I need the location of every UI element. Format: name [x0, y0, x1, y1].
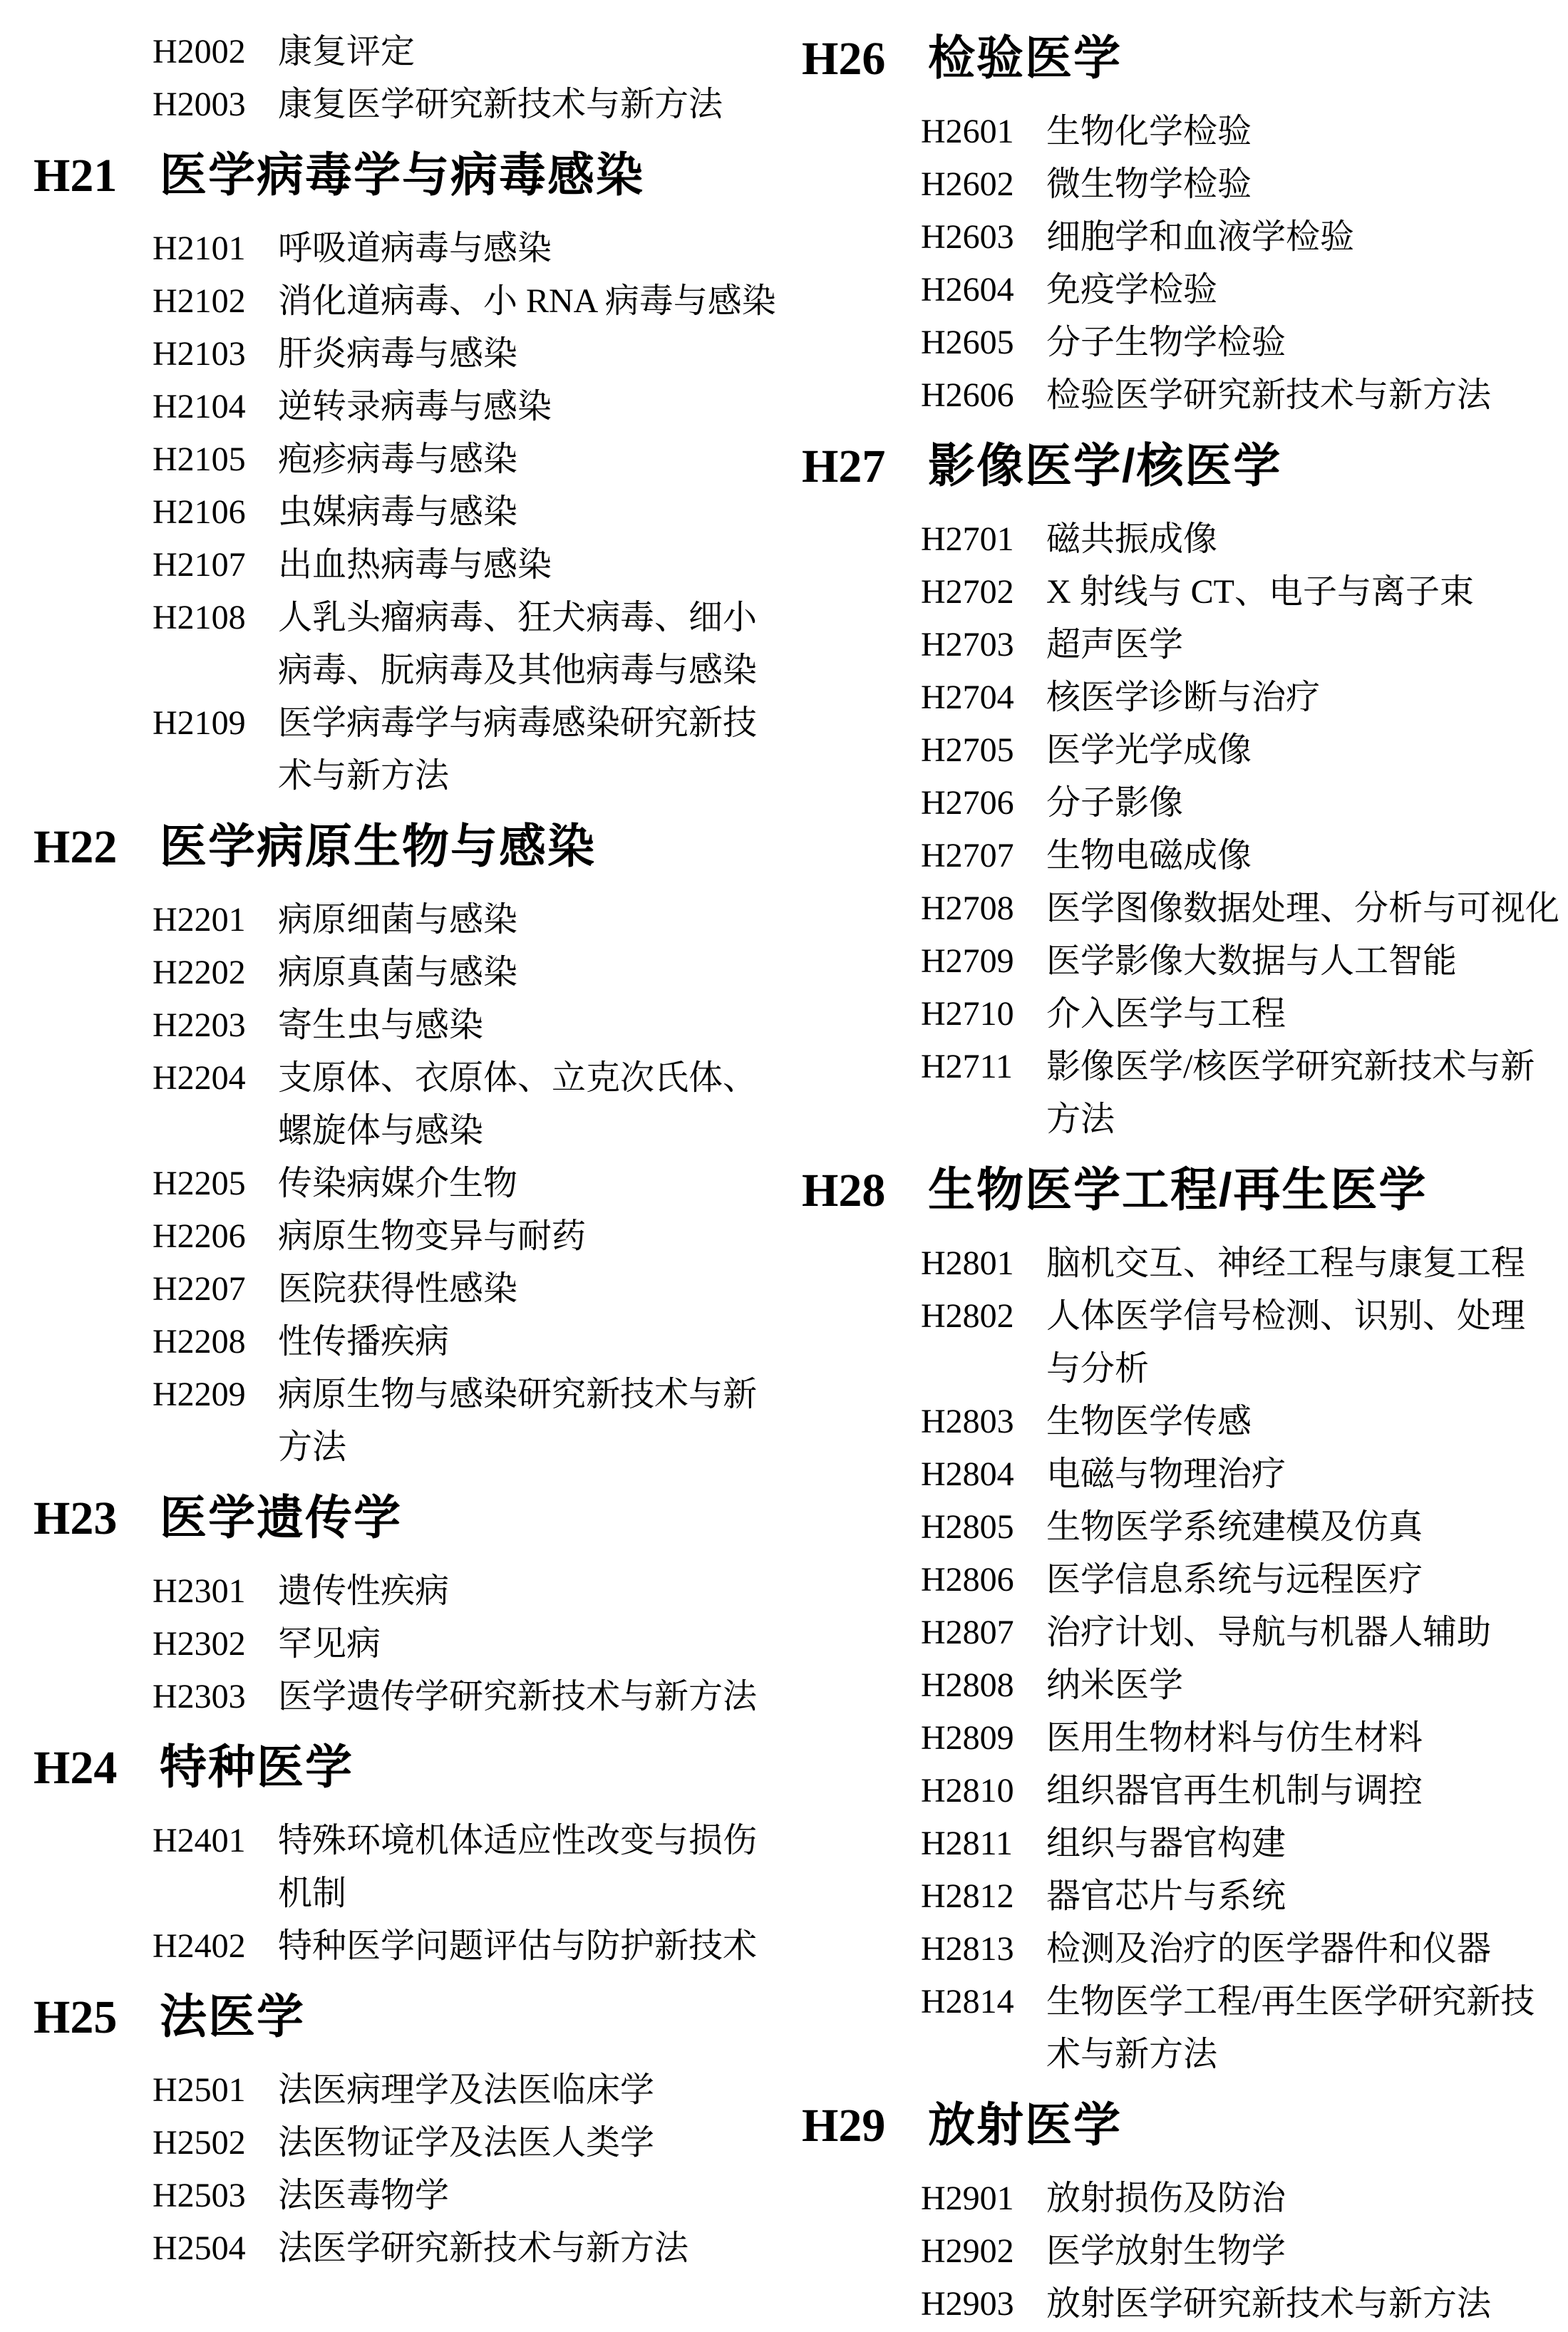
- item-text: 放射医学研究新技术与新方法: [1046, 2278, 1543, 2331]
- item-text: 核医学诊断与治疗: [1046, 671, 1543, 724]
- item-row: H2201病原细菌与感染: [33, 894, 753, 946]
- item-text: 法医学研究新技术与新方法: [278, 2222, 753, 2275]
- item-code: H2303: [153, 1671, 278, 1723]
- item-text: 逆转录病毒与感染: [278, 381, 753, 433]
- item-code: H2605: [921, 316, 1046, 369]
- item-row: H2711影像医学/核医学研究新技术与新方法: [802, 1041, 1543, 1146]
- item-text: 病原真菌与感染: [278, 946, 753, 999]
- item-row: H2902医学放射生物学: [802, 2225, 1543, 2278]
- item-code: H2702: [921, 566, 1046, 619]
- section-header-row: H28生物医学工程/再生医学: [802, 1157, 1543, 1223]
- item-row: H2603细胞学和血液学检验: [802, 211, 1543, 264]
- item-text: 生物医学系统建模及仿真: [1046, 1501, 1543, 1554]
- item-text: 肝炎病毒与感染: [278, 328, 753, 381]
- item-code: H2814: [921, 1976, 1046, 2028]
- item-code: H2711: [921, 1041, 1046, 1093]
- item-text-line: 放射医学研究新技术与新方法: [1046, 2278, 1543, 2331]
- item-text-line: 医学信息系统与远程医疗: [1046, 1554, 1543, 1606]
- item-text-line: 医学影像大数据与人工智能: [1046, 935, 1543, 988]
- item-row: H2109医学病毒学与病毒感染研究新技术与新方法: [33, 697, 753, 803]
- item-row: H2102消化道病毒、小 RNA 病毒与感染: [33, 275, 753, 328]
- item-code: H2502: [153, 2117, 278, 2170]
- item-code: H2301: [153, 1565, 278, 1618]
- item-code: H2102: [153, 275, 278, 328]
- item-text-line: 性传播疾病: [278, 1316, 753, 1368]
- item-row: H2813检测及治疗的医学器件和仪器: [802, 1923, 1543, 1976]
- item-text-line: 磁共振成像: [1046, 513, 1543, 566]
- item-text-line: 生物医学系统建模及仿真: [1046, 1501, 1543, 1554]
- item-row: H2704核医学诊断与治疗: [802, 671, 1543, 724]
- item-row: H2209病原生物与感染研究新技术与新方法: [33, 1368, 753, 1474]
- item-text-line: 介入医学与工程: [1046, 988, 1543, 1041]
- item-text-line: 医学病毒学与病毒感染研究新技: [278, 697, 757, 750]
- item-code: H2901: [921, 2172, 1046, 2225]
- section-code: H27: [802, 435, 928, 499]
- item-row: H2108人乳头瘤病毒、狂犬病毒、细小病毒、朊病毒及其他病毒与感染: [33, 592, 753, 697]
- item-row: H2501法医病理学及法医临床学: [33, 2064, 753, 2117]
- item-row: H2206病原生物变异与耐药: [33, 1210, 753, 1263]
- item-text-line: 机制: [278, 1867, 757, 1920]
- item-row: H2204支原体、衣原体、立克次氏体、螺旋体与感染: [33, 1052, 753, 1157]
- section-code: H22: [33, 815, 160, 879]
- item-row: H2105疱疹病毒与感染: [33, 433, 753, 486]
- item-code: H2709: [921, 935, 1046, 988]
- item-code: H2207: [153, 1263, 278, 1316]
- item-text: X 射线与 CT、电子与离子束: [1046, 566, 1543, 619]
- item-text: 医学影像大数据与人工智能: [1046, 935, 1543, 988]
- item-code: H2803: [921, 1395, 1046, 1448]
- item-text-line: 方法: [1046, 1093, 1543, 1146]
- item-row: H2401特殊环境机体适应性改变与损伤机制: [33, 1815, 753, 1920]
- item-code: H2710: [921, 988, 1046, 1041]
- item-text: 影像医学/核医学研究新技术与新方法: [1046, 1041, 1543, 1146]
- item-row: H2812器官芯片与系统: [802, 1870, 1543, 1923]
- item-text-line: 电磁与物理治疗: [1046, 1448, 1543, 1501]
- item-text: 医学图像数据处理、分析与可视化: [1046, 882, 1559, 935]
- item-text-line: 法医病理学及法医临床学: [278, 2064, 753, 2117]
- section-header-row: H26检验医学: [802, 26, 1543, 91]
- item-row: H2104逆转录病毒与感染: [33, 381, 753, 433]
- item-row: H2003康复医学研究新技术与新方法: [33, 78, 753, 131]
- item-text: 遗传性疾病: [278, 1565, 753, 1618]
- item-code: H2201: [153, 894, 278, 946]
- item-text-line: 脑机交互、神经工程与康复工程: [1046, 1237, 1543, 1290]
- item-row: H2901放射损伤及防治: [802, 2172, 1543, 2225]
- item-text-line: 螺旋体与感染: [278, 1105, 757, 1157]
- item-text-line: 与分析: [1046, 1343, 1543, 1395]
- item-text: 特殊环境机体适应性改变与损伤机制: [278, 1815, 757, 1920]
- item-code: H2206: [153, 1210, 278, 1263]
- item-text-line: 方法: [278, 1421, 757, 1474]
- item-text-line: 遗传性疾病: [278, 1565, 753, 1618]
- item-text: 传染病媒介生物: [278, 1157, 753, 1210]
- item-row: H2203寄生虫与感染: [33, 999, 753, 1052]
- item-text: 罕见病: [278, 1618, 753, 1671]
- item-text-line: 分子影像: [1046, 777, 1543, 830]
- section-header-row: H22医学病原生物与感染: [33, 814, 753, 879]
- item-text: 微生物学检验: [1046, 158, 1543, 211]
- section-code: H25: [33, 1986, 160, 2050]
- item-row: H2807治疗计划、导航与机器人辅助: [802, 1606, 1543, 1659]
- item-code: H2402: [153, 1920, 278, 1973]
- item-code: H2204: [153, 1052, 278, 1105]
- item-code: H2109: [153, 697, 278, 750]
- item-text-line: 医学图像数据处理、分析与可视化: [1046, 882, 1559, 935]
- item-code: H2813: [921, 1923, 1046, 1976]
- item-text-line: 人乳头瘤病毒、狂犬病毒、细小: [278, 592, 757, 644]
- item-row: H2805生物医学系统建模及仿真: [802, 1501, 1543, 1554]
- item-row: H2814生物医学工程/再生医学研究新技术与新方法: [802, 1976, 1543, 2081]
- item-text-line: 术与新方法: [278, 750, 757, 803]
- item-text: 组织器官再生机制与调控: [1046, 1765, 1543, 1817]
- item-text: 虫媒病毒与感染: [278, 486, 753, 539]
- item-text-line: 医院获得性感染: [278, 1263, 753, 1316]
- item-text: 医用生物材料与仿生材料: [1046, 1712, 1543, 1765]
- item-row: H2809医用生物材料与仿生材料: [802, 1712, 1543, 1765]
- item-code: H2810: [921, 1765, 1046, 1817]
- section-title: 特种医学: [160, 1735, 354, 1799]
- item-text: 病原细菌与感染: [278, 894, 753, 946]
- item-text: 组织与器官构建: [1046, 1817, 1543, 1870]
- section-header-row: H29放射医学: [802, 2093, 1543, 2158]
- item-text: 法医病理学及法医临床学: [278, 2064, 753, 2117]
- item-row: H2503法医毒物学: [33, 2170, 753, 2222]
- item-text-line: 生物医学传感: [1046, 1395, 1543, 1448]
- item-text: 纳米医学: [1046, 1659, 1543, 1712]
- item-code: H2104: [153, 381, 278, 433]
- item-code: H2205: [153, 1157, 278, 1210]
- item-row: H2802人体医学信号检测、识别、处理与分析: [802, 1290, 1543, 1395]
- item-row: H2002康复评定: [33, 26, 753, 78]
- item-text: 治疗计划、导航与机器人辅助: [1046, 1606, 1543, 1659]
- item-text: 检验医学研究新技术与新方法: [1046, 369, 1543, 422]
- section-code: H29: [802, 2094, 928, 2158]
- item-row: H2803生物医学传感: [802, 1395, 1543, 1448]
- item-text: 疱疹病毒与感染: [278, 433, 753, 486]
- item-text-line: 核医学诊断与治疗: [1046, 671, 1543, 724]
- item-text-line: 生物医学工程/再生医学研究新技: [1046, 1976, 1543, 2028]
- item-code: H2504: [153, 2222, 278, 2275]
- section-title: 影像医学/核医学: [928, 433, 1281, 497]
- item-row: H2601生物化学检验: [802, 105, 1543, 158]
- item-code: H2604: [921, 264, 1046, 316]
- item-row: H2709医学影像大数据与人工智能: [802, 935, 1543, 988]
- item-code: H2705: [921, 724, 1046, 777]
- item-text-line: 病原真菌与感染: [278, 946, 753, 999]
- item-code: H2903: [921, 2278, 1046, 2331]
- item-text-line: 免疫学检验: [1046, 264, 1543, 316]
- item-text: 生物化学检验: [1046, 105, 1543, 158]
- item-text: 医学遗传学研究新技术与新方法: [278, 1671, 757, 1723]
- item-code: H2707: [921, 830, 1046, 882]
- item-text: 人乳头瘤病毒、狂犬病毒、细小病毒、朊病毒及其他病毒与感染: [278, 592, 757, 697]
- item-code: H2302: [153, 1618, 278, 1671]
- item-code: H2706: [921, 777, 1046, 830]
- item-row: H2710介入医学与工程: [802, 988, 1543, 1041]
- item-text: 医学病毒学与病毒感染研究新技术与新方法: [278, 697, 757, 803]
- column-right: H26检验医学H2601生物化学检验H2602微生物学检验H2603细胞学和血液…: [802, 26, 1543, 2331]
- item-text-line: 出血热病毒与感染: [278, 539, 753, 592]
- section-header-row: H23医学遗传学: [33, 1485, 753, 1551]
- item-text-line: 病毒、朊病毒及其他病毒与感染: [278, 644, 757, 697]
- item-text: 出血热病毒与感染: [278, 539, 753, 592]
- item-code: H2107: [153, 539, 278, 592]
- item-text: 呼吸道病毒与感染: [278, 222, 753, 275]
- item-row: H2702X 射线与 CT、电子与离子束: [802, 566, 1543, 619]
- item-row: H2810组织器官再生机制与调控: [802, 1765, 1543, 1817]
- item-text: 电磁与物理治疗: [1046, 1448, 1543, 1501]
- item-code: H2002: [153, 26, 278, 78]
- item-row: H2205传染病媒介生物: [33, 1157, 753, 1210]
- item-text-line: 纳米医学: [1046, 1659, 1543, 1712]
- item-code: H2003: [153, 78, 278, 131]
- item-code: H2108: [153, 592, 278, 644]
- section-title: 医学遗传学: [160, 1485, 402, 1549]
- item-text-line: 肝炎病毒与感染: [278, 328, 753, 381]
- item-text-line: 微生物学检验: [1046, 158, 1543, 211]
- item-text-line: 细胞学和血液学检验: [1046, 211, 1543, 264]
- item-code: H2811: [921, 1817, 1046, 1870]
- item-text: 支原体、衣原体、立克次氏体、螺旋体与感染: [278, 1052, 757, 1157]
- document-page: H2002康复评定H2003康复医学研究新技术与新方法H21医学病毒学与病毒感染…: [0, 0, 1568, 2332]
- item-text-line: 疱疹病毒与感染: [278, 433, 753, 486]
- item-text-line: 生物化学检验: [1046, 105, 1543, 158]
- item-row: H2701磁共振成像: [802, 513, 1543, 566]
- item-row: H2705医学光学成像: [802, 724, 1543, 777]
- item-text-line: X 射线与 CT、电子与离子束: [1046, 566, 1543, 619]
- section-code: H28: [802, 1159, 928, 1223]
- item-row: H2504法医学研究新技术与新方法: [33, 2222, 753, 2275]
- item-text-line: 放射损伤及防治: [1046, 2172, 1543, 2225]
- section-code: H21: [33, 144, 160, 208]
- section-title: 生物医学工程/再生医学: [928, 1157, 1427, 1222]
- item-row: H2806医学信息系统与远程医疗: [802, 1554, 1543, 1606]
- item-code: H2101: [153, 222, 278, 275]
- item-text: 生物电磁成像: [1046, 830, 1543, 882]
- item-row: H2207医院获得性感染: [33, 1263, 753, 1316]
- item-text: 特种医学问题评估与防护新技术: [278, 1920, 757, 1973]
- item-text-line: 医学放射生物学: [1046, 2225, 1543, 2278]
- section-title: 医学病毒学与病毒感染: [160, 143, 644, 207]
- item-row: H2602微生物学检验: [802, 158, 1543, 211]
- item-text: 医学光学成像: [1046, 724, 1543, 777]
- item-text: 医院获得性感染: [278, 1263, 753, 1316]
- item-text-line: 影像医学/核医学研究新技术与新: [1046, 1041, 1543, 1093]
- item-row: H2801脑机交互、神经工程与康复工程: [802, 1237, 1543, 1290]
- item-text: 超声医学: [1046, 619, 1543, 671]
- item-text: 分子生物学检验: [1046, 316, 1543, 369]
- section-header-row: H21医学病毒学与病毒感染: [33, 143, 753, 208]
- item-text-line: 医学光学成像: [1046, 724, 1543, 777]
- item-text: 消化道病毒、小 RNA 病毒与感染: [278, 275, 776, 328]
- item-row: H2605分子生物学检验: [802, 316, 1543, 369]
- item-text-line: 呼吸道病毒与感染: [278, 222, 753, 275]
- item-text-line: 法医毒物学: [278, 2170, 753, 2222]
- item-code: H2804: [921, 1448, 1046, 1501]
- item-code: H2105: [153, 433, 278, 486]
- item-text: 检测及治疗的医学器件和仪器: [1046, 1923, 1543, 1976]
- item-text-line: 分子生物学检验: [1046, 316, 1543, 369]
- item-row: H2703超声医学: [802, 619, 1543, 671]
- item-text-line: 消化道病毒、小 RNA 病毒与感染: [278, 275, 776, 328]
- item-text-line: 支原体、衣原体、立克次氏体、: [278, 1052, 757, 1105]
- item-text: 寄生虫与感染: [278, 999, 753, 1052]
- item-code: H2208: [153, 1316, 278, 1368]
- item-code: H2202: [153, 946, 278, 999]
- section-header-row: H25法医学: [33, 1984, 753, 2050]
- item-code: H2503: [153, 2170, 278, 2222]
- item-text-line: 检验医学研究新技术与新方法: [1046, 369, 1543, 422]
- item-row: H2706分子影像: [802, 777, 1543, 830]
- item-text-line: 检测及治疗的医学器件和仪器: [1046, 1923, 1543, 1976]
- item-row: H2808纳米医学: [802, 1659, 1543, 1712]
- item-text-line: 超声医学: [1046, 619, 1543, 671]
- item-text-line: 特殊环境机体适应性改变与损伤: [278, 1815, 757, 1867]
- item-row: H2606检验医学研究新技术与新方法: [802, 369, 1543, 422]
- item-text: 器官芯片与系统: [1046, 1870, 1543, 1923]
- item-text: 生物医学传感: [1046, 1395, 1543, 1448]
- item-text-line: 医用生物材料与仿生材料: [1046, 1712, 1543, 1765]
- item-row: H2101呼吸道病毒与感染: [33, 222, 753, 275]
- item-text-line: 传染病媒介生物: [278, 1157, 753, 1210]
- item-text: 康复医学研究新技术与新方法: [278, 78, 753, 131]
- item-text: 医学信息系统与远程医疗: [1046, 1554, 1543, 1606]
- item-row: H2811组织与器官构建: [802, 1817, 1543, 1870]
- item-text: 康复评定: [278, 26, 753, 78]
- item-code: H2802: [921, 1290, 1046, 1343]
- item-text-line: 康复医学研究新技术与新方法: [278, 78, 753, 131]
- item-code: H2708: [921, 882, 1046, 935]
- item-code: H2701: [921, 513, 1046, 566]
- item-text: 生物医学工程/再生医学研究新技术与新方法: [1046, 1976, 1543, 2081]
- item-text: 脑机交互、神经工程与康复工程: [1046, 1237, 1543, 1290]
- item-code: H2106: [153, 486, 278, 539]
- item-text-line: 病原细菌与感染: [278, 894, 753, 946]
- item-row: H2402特种医学问题评估与防护新技术: [33, 1920, 753, 1973]
- section-code: H24: [33, 1736, 160, 1800]
- item-row: H2303医学遗传学研究新技术与新方法: [33, 1671, 753, 1723]
- item-row: H2604免疫学检验: [802, 264, 1543, 316]
- item-text-line: 寄生虫与感染: [278, 999, 753, 1052]
- item-code: H2501: [153, 2064, 278, 2117]
- item-text-line: 术与新方法: [1046, 2028, 1543, 2081]
- item-text: 免疫学检验: [1046, 264, 1543, 316]
- item-text: 法医毒物学: [278, 2170, 753, 2222]
- section-title: 检验医学: [928, 26, 1122, 90]
- item-code: H2806: [921, 1554, 1046, 1606]
- item-code: H2809: [921, 1712, 1046, 1765]
- item-code: H2103: [153, 328, 278, 381]
- item-text: 放射损伤及防治: [1046, 2172, 1543, 2225]
- item-code: H2601: [921, 105, 1046, 158]
- item-code: H2807: [921, 1606, 1046, 1659]
- item-text-line: 医学遗传学研究新技术与新方法: [278, 1671, 757, 1723]
- item-row: H2804电磁与物理治疗: [802, 1448, 1543, 1501]
- item-text: 性传播疾病: [278, 1316, 753, 1368]
- item-text-line: 人体医学信号检测、识别、处理: [1046, 1290, 1543, 1343]
- section-code: H23: [33, 1487, 160, 1551]
- item-text: 细胞学和血液学检验: [1046, 211, 1543, 264]
- item-code: H2603: [921, 211, 1046, 264]
- item-row: H2106虫媒病毒与感染: [33, 486, 753, 539]
- item-text: 医学放射生物学: [1046, 2225, 1543, 2278]
- item-row: H2903放射医学研究新技术与新方法: [802, 2278, 1543, 2331]
- item-code: H2805: [921, 1501, 1046, 1554]
- item-code: H2606: [921, 369, 1046, 422]
- item-text: 磁共振成像: [1046, 513, 1543, 566]
- item-text: 病原生物与感染研究新技术与新方法: [278, 1368, 757, 1474]
- item-code: H2209: [153, 1368, 278, 1421]
- section-code: H26: [802, 27, 928, 91]
- item-text-line: 组织与器官构建: [1046, 1817, 1543, 1870]
- item-text-line: 治疗计划、导航与机器人辅助: [1046, 1606, 1543, 1659]
- section-title: 法医学: [160, 1984, 305, 2048]
- item-row: H2707生物电磁成像: [802, 830, 1543, 882]
- item-code: H2704: [921, 671, 1046, 724]
- item-code: H2808: [921, 1659, 1046, 1712]
- item-row: H2301遗传性疾病: [33, 1565, 753, 1618]
- item-text-line: 虫媒病毒与感染: [278, 486, 753, 539]
- item-code: H2703: [921, 619, 1046, 671]
- item-row: H2107出血热病毒与感染: [33, 539, 753, 592]
- item-text-line: 病原生物变异与耐药: [278, 1210, 753, 1263]
- item-code: H2203: [153, 999, 278, 1052]
- item-text-line: 生物电磁成像: [1046, 830, 1543, 882]
- section-title: 医学病原生物与感染: [160, 814, 596, 878]
- item-row: H2302罕见病: [33, 1618, 753, 1671]
- item-text-line: 特种医学问题评估与防护新技术: [278, 1920, 757, 1973]
- section-header-row: H27影像医学/核医学: [802, 433, 1543, 499]
- item-code: H2812: [921, 1870, 1046, 1923]
- item-row: H2202病原真菌与感染: [33, 946, 753, 999]
- item-text: 病原生物变异与耐药: [278, 1210, 753, 1263]
- item-text-line: 组织器官再生机制与调控: [1046, 1765, 1543, 1817]
- item-text: 法医物证学及法医人类学: [278, 2117, 753, 2170]
- item-code: H2602: [921, 158, 1046, 211]
- item-text-line: 逆转录病毒与感染: [278, 381, 753, 433]
- item-row: H2208性传播疾病: [33, 1316, 753, 1368]
- item-row: H2708医学图像数据处理、分析与可视化: [802, 882, 1543, 935]
- item-text: 人体医学信号检测、识别、处理与分析: [1046, 1290, 1543, 1395]
- item-code: H2801: [921, 1237, 1046, 1290]
- column-left: H2002康复评定H2003康复医学研究新技术与新方法H21医学病毒学与病毒感染…: [33, 26, 753, 2275]
- item-code: H2401: [153, 1815, 278, 1867]
- item-text: 介入医学与工程: [1046, 988, 1543, 1041]
- item-text-line: 法医学研究新技术与新方法: [278, 2222, 753, 2275]
- item-text: 分子影像: [1046, 777, 1543, 830]
- item-text-line: 法医物证学及法医人类学: [278, 2117, 753, 2170]
- item-row: H2502法医物证学及法医人类学: [33, 2117, 753, 2170]
- section-title: 放射医学: [928, 2093, 1122, 2157]
- item-text-line: 病原生物与感染研究新技术与新: [278, 1368, 757, 1421]
- item-text-line: 康复评定: [278, 26, 753, 78]
- item-row: H2103肝炎病毒与感染: [33, 328, 753, 381]
- item-code: H2902: [921, 2225, 1046, 2278]
- item-text-line: 罕见病: [278, 1618, 753, 1671]
- section-header-row: H24特种医学: [33, 1735, 753, 1800]
- item-text-line: 器官芯片与系统: [1046, 1870, 1543, 1923]
